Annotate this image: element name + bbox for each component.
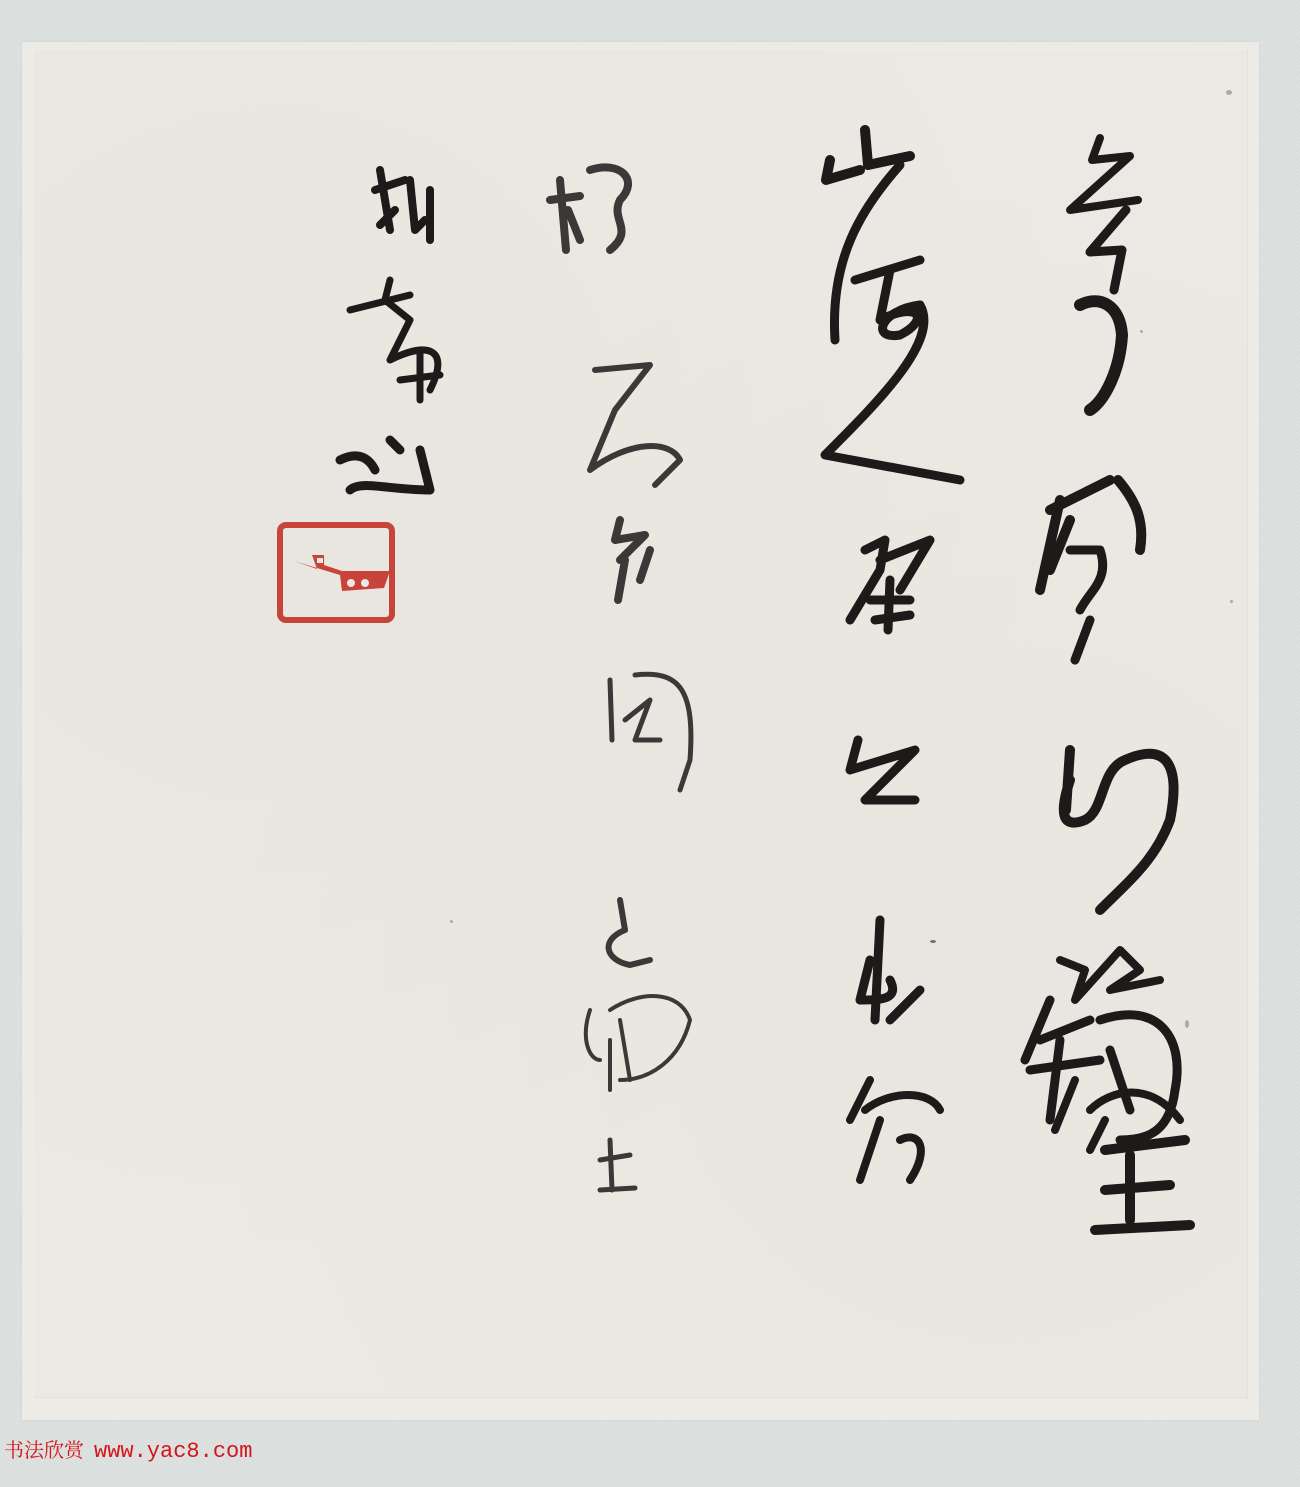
site-watermark: 书法欣赏www.yac8.com (4, 1434, 252, 1464)
watermark-url[interactable]: www.yac8.com (94, 1439, 252, 1464)
paper-speck (450, 920, 453, 923)
calligraphy-column-3 (540, 140, 720, 1220)
watermark-label: 书法欣赏 (4, 1438, 84, 1462)
calligraphy-column-1-bottom (1010, 980, 1210, 1250)
calligraphy-column-2 (810, 120, 980, 1220)
paper-stain (1226, 90, 1232, 95)
red-seal-stamp (272, 513, 402, 628)
signature-characters (330, 150, 480, 490)
